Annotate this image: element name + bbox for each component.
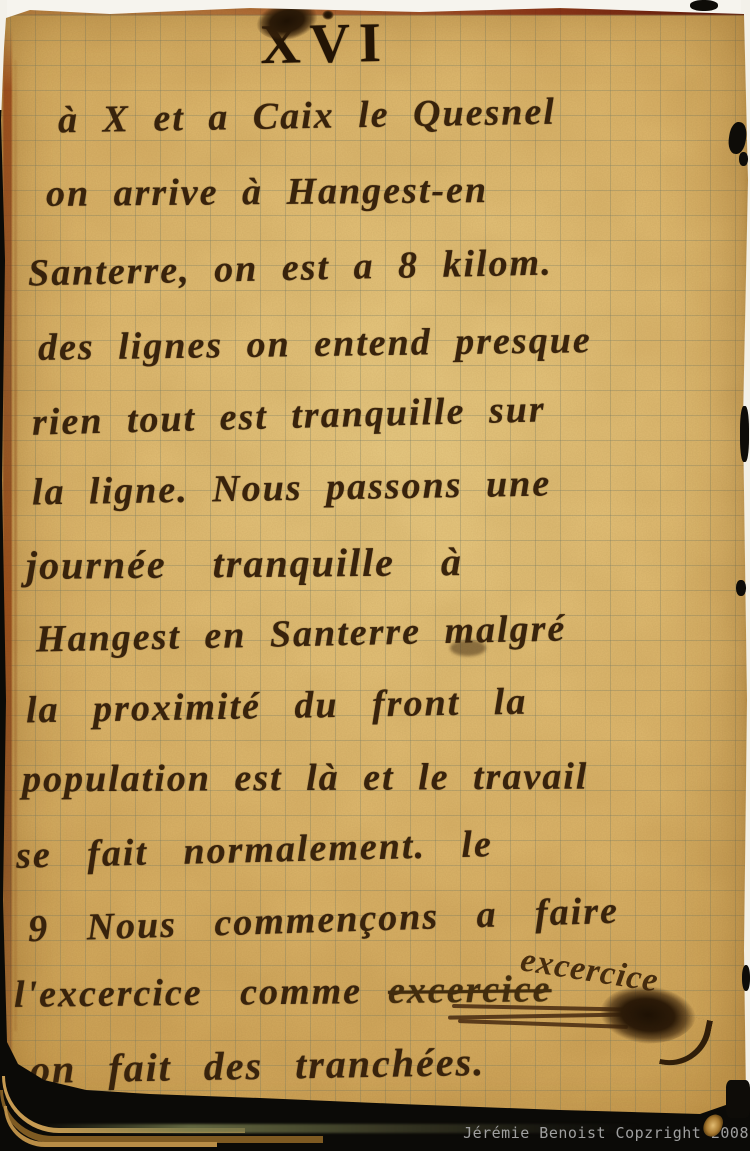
notebook-page: XVI à X et a Caix le Quesnel on arrive à… bbox=[0, 0, 750, 1151]
scanned-diary-photo: XVI à X et a Caix le Quesnel on arrive à… bbox=[0, 0, 750, 1151]
binding-gutter-line bbox=[3, 26, 12, 1081]
binding-stitch-mark bbox=[690, 0, 718, 11]
handwritten-line: se fait normalement. le bbox=[16, 822, 494, 878]
ink-speck-icon bbox=[322, 10, 334, 20]
ink-blot-tail bbox=[659, 1012, 713, 1073]
handwritten-line: Hangest en Santerre malgré bbox=[36, 606, 567, 661]
handwritten-line: à X et a Caix le Quesnel bbox=[58, 90, 557, 143]
handwritten-line: des lignes on entend presque bbox=[38, 318, 592, 370]
handwritten-line: la ligne. Nous passons une bbox=[32, 461, 552, 514]
binding-stitch-mark bbox=[742, 965, 750, 991]
binding-stitch-mark bbox=[726, 1080, 750, 1118]
binding-stitch-mark bbox=[740, 406, 749, 462]
binding-gutter-line-faint bbox=[14, 60, 17, 1031]
handwritten-text: l'excercice comme bbox=[14, 970, 362, 1016]
handwritten-line: population est là et le travail bbox=[22, 755, 589, 802]
handwritten-line: on arrive à Hangest-en bbox=[46, 168, 488, 216]
handwritten-line: Santerre, on est a 8 kilom. bbox=[28, 241, 553, 296]
handwritten-line: l'excercice commeexcercice bbox=[14, 967, 552, 1017]
handwritten-line: journée tranquille à bbox=[26, 538, 463, 589]
handwritten-line: rien tout est tranquille sur bbox=[32, 387, 547, 444]
handwritten-line: la proximité du front la bbox=[26, 680, 528, 733]
binding-stitch-mark bbox=[739, 152, 748, 166]
binding-stitch-mark bbox=[736, 580, 746, 596]
handwritten-line: on fait des tranchées. bbox=[30, 1038, 486, 1093]
